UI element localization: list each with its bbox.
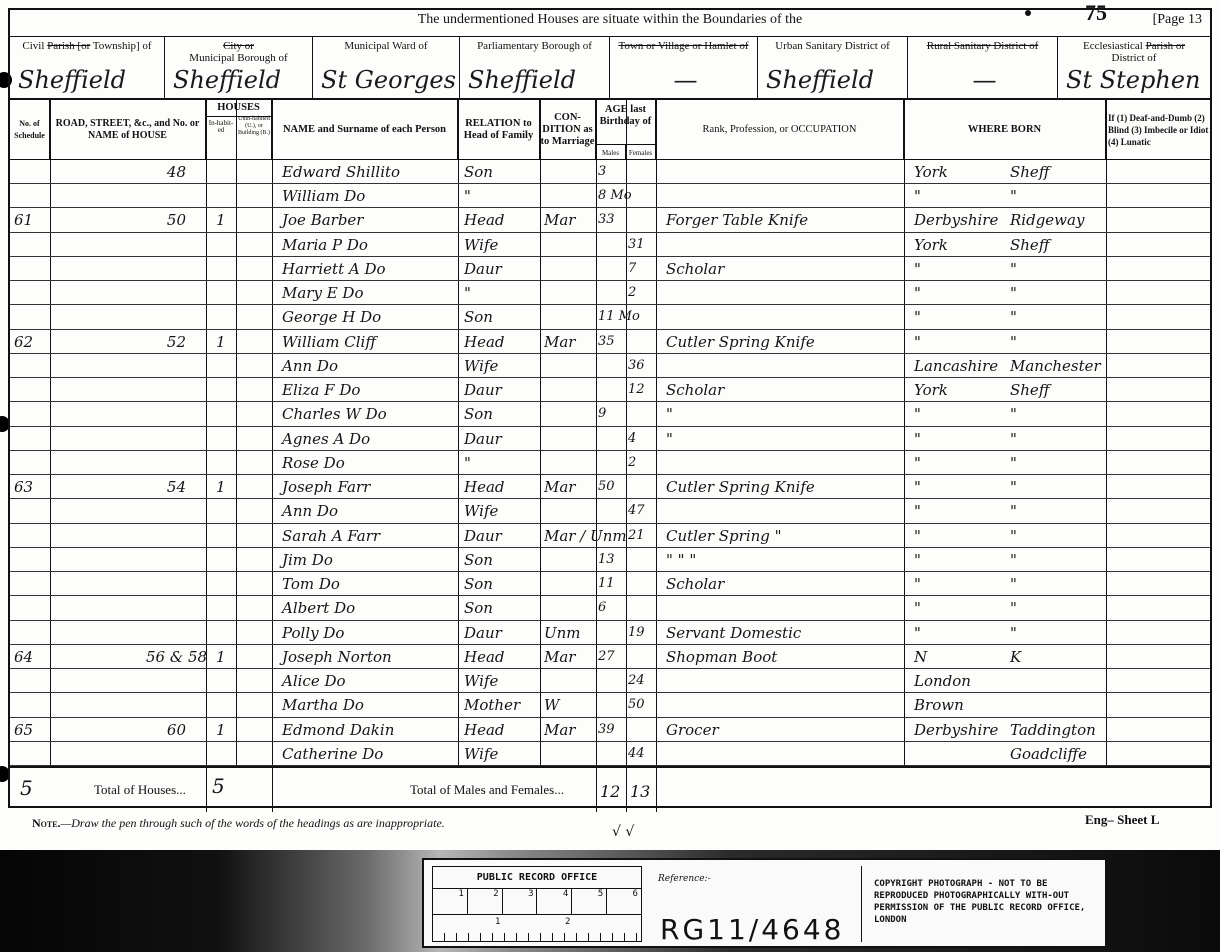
person-name: Martha Do xyxy=(282,693,364,716)
female-age: 7 xyxy=(628,257,636,280)
person-name: Sarah A Farr xyxy=(282,524,380,547)
person-name: Harriett A Do xyxy=(282,257,386,280)
born-place: Goadcliffe xyxy=(1010,742,1087,765)
schedules-total: 5 xyxy=(20,776,33,800)
occupation: Cutler Spring Knife xyxy=(666,330,815,353)
born-county: " xyxy=(914,402,921,425)
marital-condition: Unm xyxy=(544,621,581,644)
born-place: Manchester xyxy=(1010,354,1101,377)
district-municipal-borough: City orMunicipal Borough of Sheffield xyxy=(165,37,313,98)
houses-total-label: Total of Houses... xyxy=(94,782,186,798)
person-name: Eliza F Do xyxy=(282,378,360,401)
inch-ruler: 1 2 xyxy=(433,915,641,941)
male-age: 13 xyxy=(598,548,615,571)
relation: Son xyxy=(464,572,493,595)
table-row: Eliza F DoDaur12ScholarYorkSheff xyxy=(10,378,1210,402)
born-place: " xyxy=(1010,427,1017,450)
person-name: Joseph Norton xyxy=(282,645,392,668)
marital-condition: Mar xyxy=(544,208,575,231)
house-number xyxy=(146,184,186,207)
pro-office-name: PUBLIC RECORD OFFICE xyxy=(433,867,641,889)
male-age: 11 xyxy=(598,572,615,595)
person-name: Edward Shillito xyxy=(282,160,400,183)
person-name: William Cliff xyxy=(282,330,376,353)
person-name: Joseph Farr xyxy=(282,475,370,498)
person-name: Mary E Do xyxy=(282,281,364,304)
born-place: Sheff xyxy=(1010,160,1049,183)
folio-number: 75 xyxy=(1085,0,1107,26)
header-males: Males xyxy=(596,145,626,159)
born-place: Taddington xyxy=(1010,718,1096,741)
born-county: " xyxy=(914,475,921,498)
table-row: 61501Joe BarberHeadMar33Forger Table Kni… xyxy=(10,208,1210,232)
header-occupation: Rank, Profession, or OCCUPATION xyxy=(656,100,904,159)
marital-condition: Mar xyxy=(544,475,575,498)
person-name: Catherine Do xyxy=(282,742,383,765)
born-county: " xyxy=(914,305,921,328)
born-place: " xyxy=(1010,621,1017,644)
relation: " xyxy=(464,184,471,207)
totals-row: 5 Total of Houses... 5 Total of Males an… xyxy=(10,766,1210,810)
person-name: Alice Do xyxy=(282,669,346,692)
occupation: Scholar xyxy=(666,572,724,595)
marital-condition: Mar xyxy=(544,645,575,668)
relation: Mother xyxy=(464,693,520,716)
reference-box: Reference:- RG11/4648 xyxy=(652,866,862,942)
header-inhabited: In-habit-ed xyxy=(206,120,236,134)
female-age: 36 xyxy=(628,354,645,377)
female-age: 4 xyxy=(628,427,636,450)
born-county: " xyxy=(914,524,921,547)
relation: Daur xyxy=(464,524,502,547)
census-page: The undermentioned Houses are situate wi… xyxy=(0,0,1220,850)
house-number xyxy=(146,572,186,595)
born-county: " xyxy=(914,451,921,474)
born-county: " xyxy=(914,330,921,353)
marital-condition: W xyxy=(544,693,559,716)
occupation: " xyxy=(666,402,673,425)
born-county: Brown xyxy=(914,693,964,716)
inhabited-count: 1 xyxy=(216,208,226,231)
house-number: 48 xyxy=(146,160,186,183)
table-row: 6456 & 581Joseph NortonHeadMar27Shopman … xyxy=(10,645,1210,669)
inhabited-count: 1 xyxy=(216,718,226,741)
header-females: Females xyxy=(626,145,655,159)
house-number: 50 xyxy=(146,208,186,231)
house-number: 60 xyxy=(146,718,186,741)
male-age: 27 xyxy=(598,645,615,668)
table-row: Martha DoMotherW50Brown xyxy=(10,693,1210,717)
table-row: 63541Joseph FarrHeadMar50Cutler Spring K… xyxy=(10,475,1210,499)
person-name: Charles W Do xyxy=(282,402,387,425)
relation: " xyxy=(464,451,471,474)
born-place: Sheff xyxy=(1010,233,1049,256)
person-name: Jim Do xyxy=(282,548,333,571)
table-row: 48Edward ShillitoSon3YorkSheff xyxy=(10,160,1210,184)
born-place: K xyxy=(1010,645,1021,668)
born-place: " xyxy=(1010,524,1017,547)
female-age: 2 xyxy=(628,451,636,474)
occupation: Cutler Spring " xyxy=(666,524,782,547)
house-number xyxy=(146,524,186,547)
born-place: " xyxy=(1010,281,1017,304)
person-name: Agnes A Do xyxy=(282,427,370,450)
header-name: NAME and Surname of each Person xyxy=(272,100,458,159)
table-row: Polly DoDaurUnm19Servant Domestic"" xyxy=(10,621,1210,645)
born-place: " xyxy=(1010,548,1017,571)
born-place: " xyxy=(1010,330,1017,353)
district-municipal-ward: Municipal Ward of St Georges xyxy=(313,37,460,98)
table-row: Mary E Do"2"" xyxy=(10,281,1210,305)
relation: Daur xyxy=(464,621,502,644)
occupation: Shopman Boot xyxy=(666,645,777,668)
occupation: Servant Domestic xyxy=(666,621,801,644)
born-county: " xyxy=(914,596,921,619)
person-name: Rose Do xyxy=(282,451,345,474)
copyright-notice: COPYRIGHT PHOTOGRAPH - NOT TO BE REPRODU… xyxy=(874,878,1094,926)
female-age: 12 xyxy=(628,378,645,401)
born-place: " xyxy=(1010,596,1017,619)
schedule-number: 65 xyxy=(14,718,33,741)
table-row: 62521William CliffHeadMar35Cutler Spring… xyxy=(10,330,1210,354)
house-number xyxy=(146,233,186,256)
born-place: " xyxy=(1010,184,1017,207)
district-civil-parish: Civil Parish [or Township] of Sheffield xyxy=(10,37,165,98)
relation: Son xyxy=(464,160,493,183)
born-county: N xyxy=(914,645,927,668)
relation: Daur xyxy=(464,257,502,280)
male-age: 33 xyxy=(598,208,615,231)
male-age: 6 xyxy=(598,596,606,619)
table-row: Ann DoWife47"" xyxy=(10,499,1210,523)
pro-scale-box: PUBLIC RECORD OFFICE 1 2 3 4 5 6 1 2 xyxy=(432,866,642,942)
born-county: Derbyshire xyxy=(914,718,998,741)
house-number xyxy=(146,548,186,571)
house-number xyxy=(146,621,186,644)
house-number xyxy=(146,354,186,377)
district-town-village: Town or Village or Hamlet of — xyxy=(610,37,758,98)
born-place: " xyxy=(1010,305,1017,328)
born-county: " xyxy=(914,548,921,571)
house-number xyxy=(146,427,186,450)
relation: Wife xyxy=(464,499,498,522)
born-place: " xyxy=(1010,451,1017,474)
relation: Head xyxy=(464,330,505,353)
born-place: Ridgeway xyxy=(1010,208,1084,231)
header-infirmity: If (1) Deaf-and-Dumb (2) Blind (3) Imbec… xyxy=(1106,100,1212,159)
table-row: Alice DoWife24London xyxy=(10,669,1210,693)
header-uninhabited: Unin-habited (U.), or Building (B.) xyxy=(237,116,271,137)
district-header: Civil Parish [or Township] of Sheffield … xyxy=(10,36,1210,100)
females-total: 13 xyxy=(630,782,650,801)
male-age: 39 xyxy=(598,718,615,741)
district-rural-sanitary: Rural Sanitary District of — xyxy=(908,37,1058,98)
female-age: 24 xyxy=(628,669,645,692)
relation: Son xyxy=(464,305,493,328)
relation: Son xyxy=(464,596,493,619)
born-place: Sheff xyxy=(1010,378,1049,401)
occupation: Scholar xyxy=(666,378,724,401)
house-number xyxy=(146,281,186,304)
born-county: " xyxy=(914,499,921,522)
born-county: Derbyshire xyxy=(914,208,998,231)
born-place: " xyxy=(1010,572,1017,595)
occupation: Scholar xyxy=(666,257,724,280)
born-county: York xyxy=(914,160,948,183)
household-entries: 48Edward ShillitoSon3YorkSheffWilliam Do… xyxy=(10,160,1210,766)
male-age: 11 Mo xyxy=(598,305,640,328)
persons-total-label: Total of Males and Females... xyxy=(410,782,564,798)
cm-scale: 1 2 3 4 5 6 xyxy=(433,889,641,915)
relation: Wife xyxy=(464,354,498,377)
occupation: Grocer xyxy=(666,718,719,741)
ink-mark xyxy=(1025,10,1031,16)
male-age: 9 xyxy=(598,402,606,425)
reference-label: Reference:- xyxy=(652,866,861,884)
inhabited-count: 1 xyxy=(216,330,226,353)
header-condition: CON-DITION as to Marriage xyxy=(540,100,596,159)
relation: Daur xyxy=(464,378,502,401)
relation: Head xyxy=(464,718,505,741)
occupation: Cutler Spring Knife xyxy=(666,475,815,498)
relation: " xyxy=(464,281,471,304)
schedule-number: 63 xyxy=(14,475,33,498)
occupation: Forger Table Knife xyxy=(666,208,808,231)
table-row: Harriett A DoDaur7Scholar"" xyxy=(10,257,1210,281)
person-name: Tom Do xyxy=(282,572,340,595)
person-name: Polly Do xyxy=(282,621,344,644)
female-age: 19 xyxy=(628,621,645,644)
table-row: Tom DoSon11Scholar"" xyxy=(10,572,1210,596)
houses-total: 5 xyxy=(212,774,225,798)
person-name: Edmond Dakin xyxy=(282,718,394,741)
person-name: William Do xyxy=(282,184,365,207)
male-age: 8 Mo xyxy=(598,184,632,207)
relation: Head xyxy=(464,208,505,231)
page-number: [Page 13 xyxy=(1153,12,1202,28)
district-urban-sanitary: Urban Sanitary District of Sheffield xyxy=(758,37,908,98)
born-county: " xyxy=(914,281,921,304)
table-row: Ann DoWife36LancashireManchester xyxy=(10,354,1210,378)
male-age: 3 xyxy=(598,160,606,183)
born-county: " xyxy=(914,184,921,207)
house-number xyxy=(146,499,186,522)
header-where-born: WHERE BORN xyxy=(904,100,1106,159)
born-county: Lancashire xyxy=(914,354,998,377)
born-county: " xyxy=(914,257,921,280)
house-number xyxy=(146,596,186,619)
header-schedule: No. of Schedule xyxy=(10,100,50,159)
born-county: York xyxy=(914,233,948,256)
born-county: " xyxy=(914,572,921,595)
table-row: George H DoSon11 Mo"" xyxy=(10,305,1210,329)
female-age: 50 xyxy=(628,693,645,716)
house-number xyxy=(146,742,186,765)
inhabited-count: 1 xyxy=(216,645,226,668)
public-record-office-label: PUBLIC RECORD OFFICE 1 2 3 4 5 6 1 2 Ref… xyxy=(422,858,1107,948)
inhabited-count: 1 xyxy=(216,475,226,498)
header-relation: RELATION to Head of Family xyxy=(458,100,540,159)
house-number xyxy=(146,669,186,692)
person-name: George H Do xyxy=(282,305,381,328)
house-number: 54 xyxy=(146,475,186,498)
male-age: 50 xyxy=(598,475,615,498)
female-age: 2 xyxy=(628,281,636,304)
relation: Head xyxy=(464,475,505,498)
person-name: Maria P Do xyxy=(282,233,368,256)
table-row: 65601Edmond DakinHeadMar39GrocerDerbyshi… xyxy=(10,718,1210,742)
house-number xyxy=(146,305,186,328)
male-age: 35 xyxy=(598,330,615,353)
table-row: Charles W DoSon9""" xyxy=(10,402,1210,426)
relation: Son xyxy=(464,548,493,571)
form-note: Note.—Draw the pen through such of the w… xyxy=(32,816,445,831)
header-road: ROAD, STREET, &c., and No. or NAME of HO… xyxy=(50,100,206,159)
female-age: 47 xyxy=(628,499,645,522)
schedule-number: 64 xyxy=(14,645,33,668)
house-number xyxy=(146,378,186,401)
header-houses: HOUSES In-habit-ed Unin-habited (U.), or… xyxy=(206,100,272,159)
schedule-number: 61 xyxy=(14,208,33,231)
marital-condition: Mar / Unm xyxy=(544,524,627,547)
born-county: York xyxy=(914,378,948,401)
born-county: " xyxy=(914,621,921,644)
born-place: " xyxy=(1010,499,1017,522)
person-name: Ann Do xyxy=(282,354,338,377)
table-row: William Do"8 Mo"" xyxy=(10,184,1210,208)
table-row: Catherine DoWife44Goadcliffe xyxy=(10,742,1210,766)
marital-condition: Mar xyxy=(544,718,575,741)
relation: Wife xyxy=(464,233,498,256)
schedule-number: 62 xyxy=(14,330,33,353)
males-total: 12 xyxy=(600,782,620,801)
table-row: Agnes A DoDaur4""" xyxy=(10,427,1210,451)
born-place: " xyxy=(1010,402,1017,425)
census-form: The undermentioned Houses are situate wi… xyxy=(8,8,1212,808)
house-number xyxy=(146,693,186,716)
house-number xyxy=(146,402,186,425)
district-parliamentary-borough: Parliamentary Borough of Sheffield xyxy=(460,37,610,98)
table-row: Jim DoSon13" " """ xyxy=(10,548,1210,572)
born-place: " xyxy=(1010,475,1017,498)
female-age: 44 xyxy=(628,742,645,765)
table-row: Maria P DoWife31YorkSheff xyxy=(10,233,1210,257)
relation: Son xyxy=(464,402,493,425)
reference-value: RG11/4648 xyxy=(660,913,844,946)
table-row: Rose Do"2"" xyxy=(10,451,1210,475)
born-county: London xyxy=(914,669,971,692)
check-marks: √ √ xyxy=(612,824,634,840)
relation: Wife xyxy=(464,742,498,765)
column-headers: No. of Schedule ROAD, STREET, &c., and N… xyxy=(10,100,1210,160)
occupation: " " " xyxy=(666,548,696,571)
sheet-label: Eng– Sheet L xyxy=(1085,812,1159,828)
relation: Wife xyxy=(464,669,498,692)
relation: Daur xyxy=(464,427,502,450)
district-ecclesiastical: Ecclesiastical Parish orDistrict of St S… xyxy=(1058,37,1210,98)
relation: Head xyxy=(464,645,505,668)
female-age: 31 xyxy=(628,233,645,256)
female-age: 21 xyxy=(628,524,645,547)
table-row: Sarah A FarrDaurMar / Unm21Cutler Spring… xyxy=(10,524,1210,548)
house-number: 56 & 58 xyxy=(146,645,186,668)
born-place: " xyxy=(1010,257,1017,280)
marital-condition: Mar xyxy=(544,330,575,353)
person-name: Ann Do xyxy=(282,499,338,522)
born-county: " xyxy=(914,427,921,450)
house-number xyxy=(146,257,186,280)
occupation: " xyxy=(666,427,673,450)
person-name: Joe Barber xyxy=(282,208,363,231)
table-row: Albert DoSon6"" xyxy=(10,596,1210,620)
person-name: Albert Do xyxy=(282,596,355,619)
house-number: 52 xyxy=(146,330,186,353)
house-number xyxy=(146,451,186,474)
